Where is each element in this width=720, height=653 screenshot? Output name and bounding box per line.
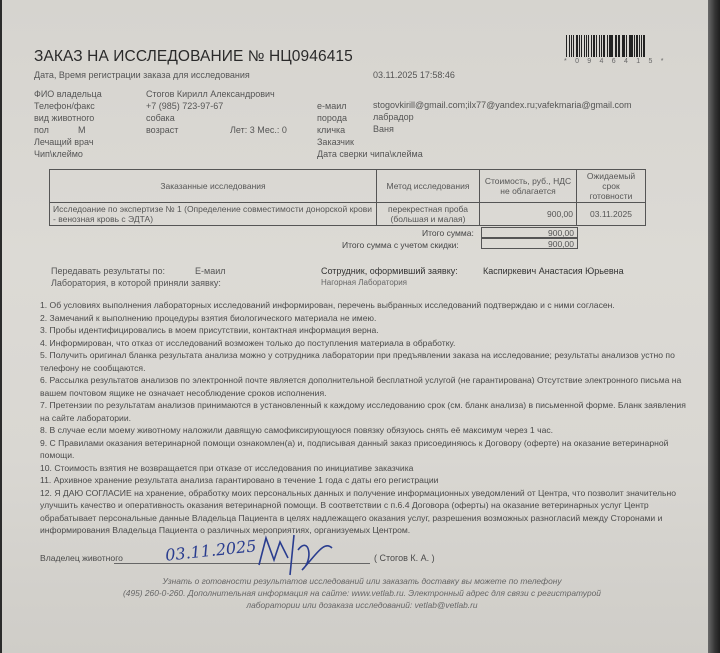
column-header-ready: Ожидаемый срок готовности: [577, 170, 646, 203]
ready-cell: 03.11.2025: [577, 203, 646, 226]
footer-line-1: Узнать о готовности результатов исследов…: [62, 575, 662, 587]
total-label: Итого сумма:: [422, 228, 474, 238]
registration-datetime: 03.11.2025 17:58:46: [373, 70, 455, 80]
breed-label: порода: [317, 113, 347, 123]
study-cell: Исследоание по экспертизе № 1 (Определен…: [50, 203, 377, 226]
lab-label: Лаборатория, в которой приняли заявку:: [51, 278, 221, 288]
page-edge: [708, 0, 720, 653]
barcode-icon: [566, 35, 646, 57]
cost-cell: 900,00: [480, 203, 577, 226]
age-value: Лет: 3 Мес.: 0: [230, 125, 287, 135]
term-item: 1. Об условиях выполнения лабораторных и…: [40, 299, 690, 312]
total-value: 900,00: [481, 227, 578, 238]
chip-label: Чип\клеймо: [34, 149, 83, 159]
column-header-cost: Стоимость, руб., НДС не облагается: [480, 170, 577, 203]
send-results-label: Передавать результаты по:: [51, 266, 165, 276]
sex-label: пол: [34, 125, 49, 135]
term-item: 9. С Правилами оказания ветеринарной пом…: [40, 437, 690, 462]
term-item: 10. Стоимость взятия не возвращается при…: [40, 462, 690, 475]
registration-label: Дата, Время регистрации заказа для иссле…: [34, 70, 250, 80]
barcode-number: * 0 9 4 6 4 1 5 *: [564, 58, 667, 65]
total-discount-value: 900,00: [481, 238, 578, 249]
breed-value: лабрадор: [373, 112, 414, 122]
term-item: 7. Претензии по результатам анализов при…: [40, 399, 690, 424]
order-document: ЗАКАЗ НА ИССЛЕДОВАНИЕ № НЦ0946415 Дата, …: [2, 0, 708, 653]
term-item: 2. Замечаний к выполнению процедуры взят…: [40, 312, 690, 325]
handwritten-date: 03.11.2025: [164, 536, 257, 564]
method-cell: перекрестная проба (большая и малая): [377, 203, 480, 226]
chip-date-label: Дата сверки чипа\клейма: [317, 149, 423, 159]
owner-name-signed: ( Стогов К. А. ): [374, 553, 435, 563]
term-item: 5. Получить оригинал бланка результата а…: [40, 349, 690, 374]
term-item: 8. В случае если моему животному наложил…: [40, 424, 690, 437]
lab-value: Нагорная Лаборатория: [321, 278, 407, 287]
terms-list: 1. Об условиях выполнения лабораторных и…: [40, 299, 690, 537]
owner-fio: Стогов Кирилл Александрович: [146, 89, 275, 99]
pet-name-label: кличка: [317, 125, 345, 135]
species-value: собака: [146, 113, 175, 123]
email-value: stogovkirill@gmail.com;ilx77@yandex.ru;v…: [373, 100, 632, 110]
pet-name-value: Ваня: [373, 124, 394, 134]
term-item: 4. Информирован, что отказ от исследован…: [40, 337, 690, 350]
doctor-label: Лечащий врач: [34, 137, 94, 147]
owner-signature-label: Владелец животного: [40, 553, 123, 563]
age-label: возраст: [146, 125, 178, 135]
term-item: 11. Архивное хранение результата анализа…: [40, 474, 690, 487]
species-label: вид животного: [34, 113, 94, 123]
orders-table: Заказанные исследования Метод исследован…: [49, 169, 646, 226]
phone-value: +7 (985) 723-97-67: [146, 101, 223, 111]
total-discount-label: Итого сумма с учетом скидки:: [342, 240, 459, 250]
document-title: ЗАКАЗ НА ИССЛЕДОВАНИЕ № НЦ0946415: [34, 48, 353, 66]
employee-label: Сотрудник, оформивший заявку:: [321, 266, 458, 276]
table-row: Исследоание по экспертизе № 1 (Определен…: [50, 203, 646, 226]
footer-info: Узнать о готовности результатов исследов…: [62, 575, 662, 611]
email-label: е-маил: [317, 101, 346, 111]
footer-line-2: (495) 260-0-260. Дополнительная информац…: [62, 587, 662, 599]
term-item: 6. Рассылка результатов анализов по элек…: [40, 374, 690, 399]
employee-value: Каспиркевич Анастасия Юрьевна: [483, 266, 624, 276]
column-header-method: Метод исследования: [377, 170, 480, 203]
send-results-value: Е-маил: [195, 266, 225, 276]
column-header-study: Заказанные исследования: [50, 170, 377, 203]
footer-line-3: лаборатории или дозаказа исследований: v…: [62, 599, 662, 611]
owner-fio-label: ФИО владельца: [34, 89, 102, 99]
customer-label: Заказчик: [317, 137, 354, 147]
sex-value: М: [78, 125, 86, 135]
term-item: 3. Пробы идентифицировались в моем прису…: [40, 324, 690, 337]
signature-scribble-icon: [254, 530, 344, 580]
term-item: 12. Я ДАЮ СОГЛАСИЕ на хранение, обработк…: [40, 487, 690, 537]
phone-label: Телефон/факс: [34, 101, 95, 111]
